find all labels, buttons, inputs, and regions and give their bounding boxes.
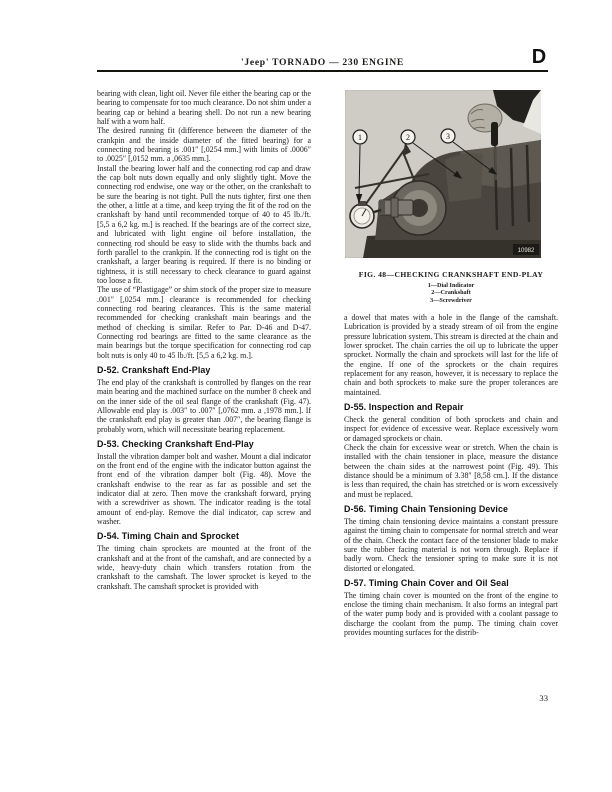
body-paragraph: Install the bearing lower half and the c… [97, 164, 311, 285]
body-paragraph: The end play of the crankshaft is contro… [97, 378, 311, 434]
legend-crankshaft: 2—Crankshaft [344, 289, 558, 296]
body-paragraph: Check the chain for excessive wear or st… [344, 443, 558, 499]
legend-screwdriver: 3—Screwdriver [344, 297, 558, 304]
section-heading: D-56. Timing Chain Tensioning Device [344, 505, 558, 514]
legend-dial-indicator: 1—Dial Indicator [344, 282, 558, 289]
section-heading: D-53. Checking Crankshaft End-Play [97, 440, 311, 449]
figure-48: 1 2 3 10982 FIG. 48—CHECKING CRANKSHAFT … [344, 90, 558, 304]
page-number: 33 [508, 693, 548, 703]
figure-legend: 1—Dial Indicator 2—Crankshaft 3—Screwdri… [344, 282, 558, 304]
header-rule [97, 70, 548, 72]
section-heading: D-52. Crankshaft End-Play [97, 366, 311, 375]
body-paragraph: Install the vibration damper bolt and wa… [97, 452, 311, 527]
engine-photo: 1 2 3 10982 [345, 90, 541, 258]
left-column: bearing with clean, light oil. Never fil… [97, 89, 311, 591]
section-heading: D-55. Inspection and Repair [344, 403, 558, 412]
section-heading: D-54. Timing Chain and Sprocket [97, 532, 311, 541]
body-paragraph: a dowel that mates with a hole in the fl… [344, 313, 558, 397]
photo-screwdriver-shaft [495, 146, 496, 180]
body-paragraph: Check the general condition of both spro… [344, 415, 558, 443]
body-paragraph: The timing chain cover is mounted on the… [344, 591, 558, 638]
callout-3: 3 [446, 132, 450, 141]
section-heading: D-57. Timing Chain Cover and Oil Seal [344, 579, 558, 588]
photo-id: 10982 [518, 248, 535, 254]
callout-2: 2 [406, 133, 410, 142]
page-header-title: 'Jeep' TORNADO — 230 ENGINE [97, 57, 548, 68]
section-letter: D [527, 46, 551, 69]
body-paragraph: The timing chain tensioning device maint… [344, 517, 558, 573]
photo-screwdriver-handle [491, 122, 498, 146]
body-paragraph: The desired running fit (difference betw… [97, 126, 311, 163]
body-paragraph: bearing with clean, light oil. Never fil… [97, 89, 311, 126]
figure-caption: FIG. 48—CHECKING CRANKSHAFT END-PLAY [344, 270, 558, 279]
callout-1: 1 [358, 133, 362, 142]
manual-page: 'Jeep' TORNADO — 230 ENGINE D bearing wi… [0, 0, 612, 792]
body-paragraph: The timing chain sprockets are mounted a… [97, 544, 311, 591]
right-column: a dowel that mates with a hole in the fl… [344, 313, 558, 638]
body-paragraph: The use of “Plastigage” or shim stock of… [97, 285, 311, 360]
